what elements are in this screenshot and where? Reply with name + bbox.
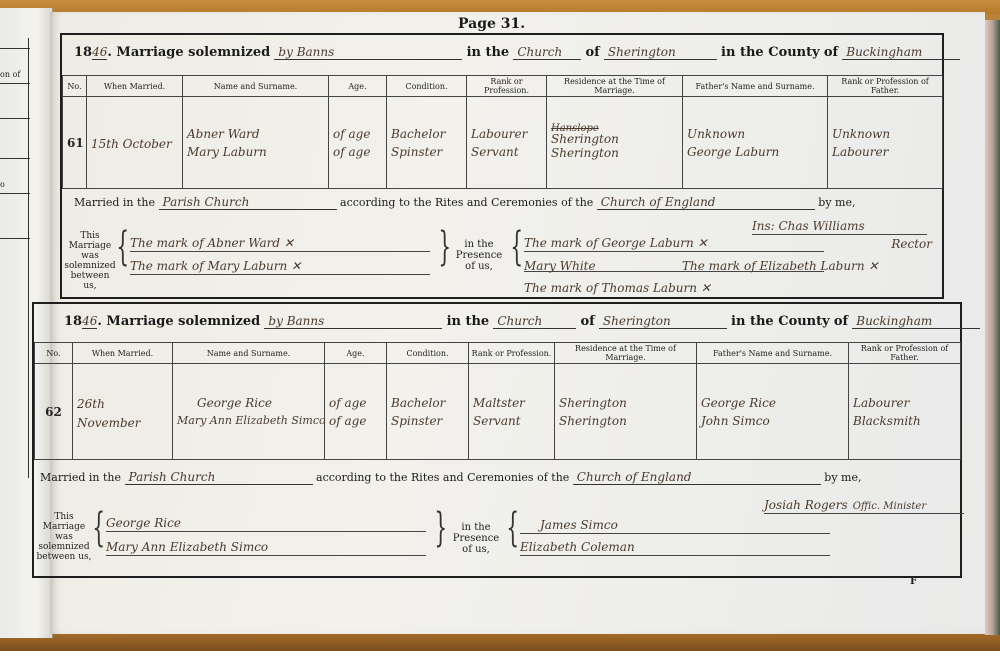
left-brace-icon: { [92,508,105,548]
county: Buckingham [852,314,980,329]
bride-father-name: George Laburn [687,143,823,161]
county: Buckingham [842,45,960,60]
officiant-title: Rector [862,233,932,252]
register-table: No. When Married. Name and Surname. Age.… [62,75,943,189]
left-page-text: o [0,180,5,189]
col-header: Rank or Profession of Father. [849,343,961,364]
left-page-rule [0,158,30,159]
father-rank-cell: LabourerBlacksmith [849,364,961,460]
groom-age: of age [329,394,382,412]
col-header: Father's Name and Surname. [697,343,849,364]
party-signature-text: George Rice [106,516,181,530]
left-brace-icon: { [116,227,129,267]
left-page-rule [0,193,30,194]
groom-father-name: Unknown [687,125,823,143]
residence-cell: SheringtonSherington [555,364,697,460]
label-line: Presence [454,250,504,261]
left-page-text: on of [0,70,20,79]
col-header: Father's Name and Surname. [683,76,828,97]
col-header: Age. [325,343,387,364]
condition-cell: BachelorSpinster [387,97,467,189]
groom-rank: Maltster [473,394,550,412]
groom-residence: Sherington [559,394,692,412]
witness-signature: Elizabeth Coleman [520,536,830,556]
table-row: 62 26th November George RiceMary Ann Eli… [35,364,961,460]
witness-signature-text: The mark of Thomas Laburn ✕ [524,281,711,295]
entry-header: 1846. Marriage solemnized by Banns in th… [64,314,980,329]
bride-condition: Spinster [391,412,464,430]
solemnized-between-label: This Marriage was solemnized between us, [36,512,92,562]
witness-rule [524,271,824,272]
label-line: between us, [64,271,116,291]
party-signature: Mary Ann Elizabeth Simco [106,536,426,556]
place-type: Church [493,314,576,329]
residence-cell: HanslopeSherington Sherington [547,97,683,189]
by-me-label: by me, [818,196,855,209]
of-label: of [586,45,600,60]
bride-father-rank: Blacksmith [853,412,956,430]
when-married: 26th November [73,364,173,460]
groom-father-rank: Labourer [853,394,956,412]
entry-number: 62 [35,364,73,460]
page-number: Page 31. [458,16,525,32]
married-in-label: Married in the [40,471,121,484]
col-header: Name and Surname. [173,343,325,364]
officiant-signature: Josiah Rogers Offic. Minister [764,494,964,514]
according-to-label: according to the Rites and Ceremonies of… [340,196,593,209]
bride-rank: Servant [473,412,550,430]
page-footer-mark: F [910,576,917,587]
col-header: When Married. [87,76,183,97]
groom-rank: Labourer [471,125,542,143]
married-in-value: Parish Church [125,470,313,485]
label-line: between us, [36,552,92,562]
col-header: Residence at the Time of Marriage. [555,343,697,364]
age-cell: of ageof age [325,364,387,460]
officiant-name: Ins: Chas Williams [752,219,865,233]
bride-residence: Sherington [559,412,692,430]
county-label: in the County [721,45,820,60]
groom-name: George Rice [177,394,320,412]
label-line: This Marriage [36,512,92,532]
table-header-row: No. When Married. Name and Surname. Age.… [63,76,943,97]
bride-father-name: John Simco [701,412,844,430]
in-the-label: in the [447,314,490,329]
party-signature-text: Mary Ann Elizabeth Simco [106,540,268,554]
col-header: When Married. [73,343,173,364]
marriage-entry-61: 1846. Marriage solemnized by Banns in th… [60,33,944,299]
label-line: This Marriage [64,231,116,251]
rank-cell: LabourerServant [467,97,547,189]
witness-signature: The mark of Thomas Laburn ✕ [524,277,824,296]
married-in-label: Married in the [74,196,155,209]
solemnized-by: by Banns [274,45,462,60]
book-edge [985,20,1000,635]
col-header: Residence at the Time of Marriage. [547,76,683,97]
left-page-border [28,38,29,478]
in-presence-label: in the Presence of us, [454,239,504,272]
label-line: in the [454,239,504,250]
col-header: Name and Surname. [183,76,329,97]
marriage-entry-62: 1846. Marriage solemnized by Banns in th… [32,302,962,578]
solemnized-by: by Banns [264,314,442,329]
year-prefix: 18 [74,45,92,60]
officiant-title-text: Offic. Minister [853,501,926,512]
of-county-label: of [824,45,838,60]
entry-header: 1846. Marriage solemnized by Banns in th… [74,45,960,60]
label-line: was [36,532,92,542]
by-me-label: by me, [824,471,861,484]
col-header: Rank or Profession. [467,76,547,97]
bride-age: of age [333,143,382,161]
left-brace-icon: { [506,508,519,548]
left-page-rule [0,83,30,84]
party-signature: The mark of Mary Laburn ✕ [130,255,430,275]
marriage-solemnized-label: . Marriage solemnized [97,314,260,329]
rank-cell: MaltsterServant [469,364,555,460]
solemnized-between-label: This Marriage was solemnized between us, [64,231,116,291]
left-page-rule [0,48,30,49]
right-brace-icon: } [438,227,451,267]
groom-age: of age [333,125,382,143]
witness-signature-text: Elizabeth Coleman [520,540,635,554]
label-line: Presence [450,533,502,544]
rites-of-value: Church of England [597,195,815,210]
name-cell: George RiceMary Ann Elizabeth Simco [173,364,325,460]
party-signature-text: The mark of Abner Ward ✕ [130,236,294,250]
desk-background-bottom [0,632,1000,651]
marriage-solemnized-label: . Marriage solemnized [107,45,270,60]
according-to-label: according to the Rites and Ceremonies of… [316,471,569,484]
bride-name: Mary Laburn [187,143,324,161]
age-cell: of ageof age [329,97,387,189]
label-line: of us, [450,544,502,555]
label-line: in the [450,522,502,533]
groom-condition: Bachelor [391,125,462,143]
father-name-cell: George RiceJohn Simco [697,364,849,460]
col-header: Age. [329,76,387,97]
groom-name: Abner Ward [187,125,324,143]
right-brace-icon: } [434,508,447,548]
bride-residence: Sherington [551,144,678,162]
label-line: solemnized [64,261,116,271]
officiant-title-text: Rector [891,237,932,251]
year-suffix: 46 [92,45,107,60]
in-presence-label: in the Presence of us, [450,522,502,555]
county-label: in the County [731,314,830,329]
year-suffix: 46 [82,314,97,329]
parish: Sherington [604,45,717,60]
witness-signature: The mark of George Laburn ✕ [524,232,824,252]
col-header: No. [35,343,73,364]
party-signature: George Rice [106,512,426,532]
label-line: was [64,251,116,261]
party-signature: The mark of Abner Ward ✕ [130,232,430,252]
col-header: Rank or Profession. [469,343,555,364]
father-name-cell: UnknownGeorge Laburn [683,97,828,189]
col-header: Condition. [387,76,467,97]
left-brace-icon: { [510,227,523,267]
when-married-value: 26th November [77,397,141,430]
groom-father-rank: Unknown [832,125,938,143]
party-signature-text: The mark of Mary Laburn ✕ [130,259,301,273]
condition-cell: BachelorSpinster [387,364,469,460]
groom-condition: Bachelor [391,394,464,412]
label-line: solemnized [36,542,92,552]
entry-number: 61 [63,97,87,189]
bride-condition: Spinster [391,143,462,161]
married-in-value: Parish Church [159,195,337,210]
bride-father-rank: Labourer [832,143,938,161]
bride-age: of age [329,412,382,430]
married-in-line: Married in the Parish Church according t… [40,470,862,485]
col-header: No. [63,76,87,97]
left-page-rule [0,238,30,239]
place-type: Church [513,45,581,60]
bride-rank: Servant [471,143,542,161]
groom-residence-group: HanslopeSherington [551,124,678,144]
groom-father-name: George Rice [701,394,844,412]
year-prefix: 18 [64,314,82,329]
bride-name: Mary Ann Elizabeth Simco [177,412,320,430]
parish: Sherington [599,314,727,329]
witness-signature: James Simco [520,514,830,534]
of-county-label: of [834,314,848,329]
col-header: Condition. [387,343,469,364]
married-in-line: Married in the Parish Church according t… [74,195,856,210]
in-the-label: in the [467,45,510,60]
when-married: 15th October [87,97,183,189]
father-rank-cell: UnknownLabourer [828,97,943,189]
left-page-rule [0,118,30,119]
of-label: of [581,314,595,329]
register-table: No. When Married. Name and Surname. Age.… [34,342,961,460]
when-married-value: 15th October [91,137,172,151]
witness-signature-text: James Simco [520,518,618,532]
table-row: 61 15th October Abner WardMary Laburn of… [63,97,943,189]
officiant-name: Josiah Rogers [764,498,848,512]
witness-signature-text: The mark of George Laburn ✕ [524,236,708,250]
label-line: of us, [454,261,504,272]
table-header-row: No. When Married. Name and Surname. Age.… [35,343,961,364]
col-header: Rank or Profession of Father. [828,76,943,97]
rites-of-value: Church of England [573,470,821,485]
name-cell: Abner WardMary Laburn [183,97,329,189]
